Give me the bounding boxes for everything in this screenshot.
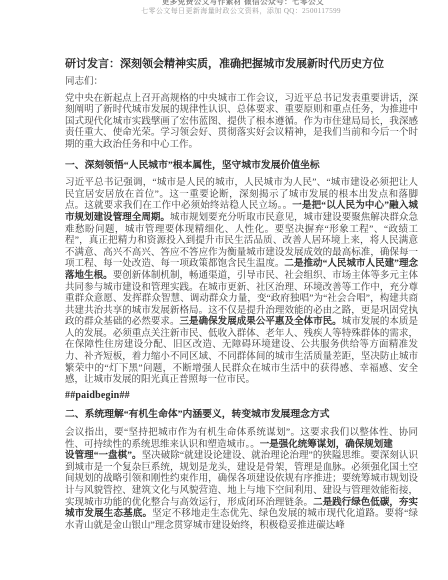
section-2-paragraph: 会议指出，要“坚持把城市作为有机生命体系统谋划”。这要求我们以整体性、协同 性、… <box>65 428 418 532</box>
intro-paragraph: 党中央在新起点上召开高规格的中央城市工作会议，习近平总书记发表重要讲话，深刻阐明… <box>65 94 418 152</box>
section-1-paragraph: 习近平总书记强调，“城市是人民的城市，人民城市为人民”、“城市建设必须把让人民宜… <box>65 178 418 387</box>
watermark-header: 更多免费公文写作素材 微信公众号：七零公文 七零公文每日更新海量时政公文资料，添… <box>0 0 448 16</box>
text-segment-bold: 三是确保发展成果公平惠及全体市民。 <box>180 317 342 327</box>
section-heading-1: 一、深刻领悟“人民城市”根本属性，坚守城市发展价值坐标 <box>65 160 418 172</box>
watermark-line-2: 七零公文每日更新海量时政公文资料，添加 QQ：2500117599 <box>0 7 448 16</box>
document-page: 更多免费公文写作素材 微信公众号：七零公文 七零公文每日更新海量时政公文资料，添… <box>0 0 448 580</box>
paid-begin-marker: ##paidbegin## <box>65 390 418 402</box>
watermark-line-1: 更多免费公文写作素材 微信公众号：七零公文 <box>0 0 448 6</box>
document-body: 研讨发言：深刻领会精神实质，准确把握城市发展新时代历史方位 同志们： 党中央在新… <box>65 57 418 532</box>
section-heading-2: 二、系统理解“有机生命体”内涵要义，转变城市发展理念方式 <box>65 409 418 421</box>
document-title: 研讨发言：深刻领会精神实质，准确把握城市发展新时代历史方位 <box>65 57 418 71</box>
text-segment: 城市发展的本质是人的发展。必须重点关注新市民、低收入群体、老年人、残疾人等特殊群… <box>65 317 418 385</box>
salutation: 同志们： <box>65 77 418 89</box>
